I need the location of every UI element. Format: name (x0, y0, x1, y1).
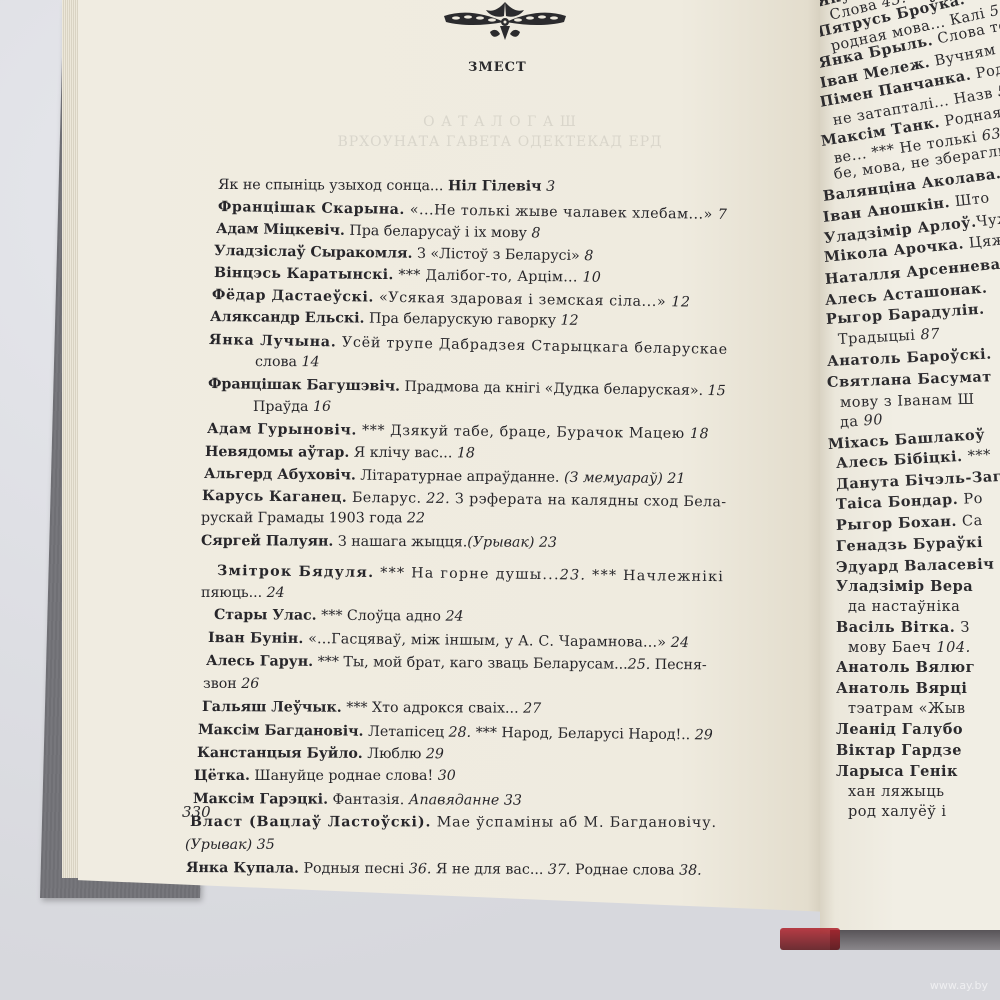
entry-page-number: 8 (584, 248, 593, 264)
toc-entry: Невядомы аўтар. Я клічу вас... 18 (205, 444, 475, 461)
toc-entry: Максім Гарэцкі. Фантазія. Апавяданне 33 (193, 791, 522, 809)
toc-entry: Францішак Скарына. «...Не толькі жыве ча… (218, 199, 728, 223)
table-of-contents: Як не спыніць узыход сонца... Ніл Гілеві… (0, 0, 1000, 1000)
entry-page-number: 26 (241, 676, 259, 692)
entry-author: Янка Купала. (186, 860, 299, 877)
entry-author: Цётка. (194, 768, 250, 784)
entry-title: слова (255, 354, 297, 370)
entry-author: Адам Міцкевіч. (216, 221, 345, 239)
toc-entry: Канстанцыя Буйло. Люблю 29 (197, 745, 444, 762)
entry-title: *** Далібог-то, Арцім... (394, 267, 578, 285)
entry-title: З нашага жыцця. (333, 534, 467, 551)
entry-title: Фантазія. (328, 792, 409, 808)
entry-author: Максім Багдановіч. (198, 722, 364, 740)
entry-title: «Усякая здаровая і земская сіла...» (374, 290, 667, 311)
entry-author: Іван Бунін. (208, 630, 304, 647)
toc-entry: Янка Купала. Родныя песні 36. Я не для в… (186, 860, 702, 879)
entry-page-number: 24 (445, 609, 463, 625)
entry-title: *** На горне душы... (374, 565, 560, 583)
toc-entry: Адам Гурыновіч. *** Дзякуй табе, браце, … (207, 421, 709, 442)
toc-entry: Як не спыніць узыход сонца... Ніл Гілеві… (218, 177, 555, 195)
toc-entry: рускай Грамады 1903 года 22 (201, 510, 425, 526)
entry-title: Як не спыніць узыход сонца... (218, 177, 448, 194)
entry-page-number: 38. (679, 863, 702, 879)
entry-note: (Урывак) (185, 837, 252, 853)
entry-author: Францішак Скарына. (218, 199, 405, 218)
toc-entry: Францішак Багушэвіч. Прадмова да кнігі «… (208, 376, 726, 399)
entry-author: Аляксандр Ельскі. (210, 309, 365, 327)
entry-author: Ніл Гілевіч (448, 178, 542, 194)
toc-entry: Карусь Каганец. Беларус. 22. З рэферата … (202, 488, 727, 510)
toc-entry: Праўда 16 (253, 399, 331, 415)
entry-title: Пра беларускую гаворку (364, 311, 556, 329)
entry-page-number: 14 (301, 354, 319, 370)
entry-page-number: 33 (504, 793, 522, 809)
entry-author: Гальяш Леўчык. (202, 699, 342, 716)
entry-title: рускай Грамады 1903 года (201, 510, 402, 526)
toc-entry: Іван Бунін. «...Гасцяваў, між іншым, у А… (208, 630, 689, 651)
entry-page-number: 23 (539, 535, 557, 551)
entry-page-number: 18 (690, 426, 709, 442)
toc-entry: Гальяш Леўчык. *** Хто адрокся сваіх... … (202, 699, 541, 717)
entry-page-number: 25. (628, 657, 651, 673)
entry-title: пяюць... (201, 585, 262, 601)
entry-author: Альгерд Абуховіч. (204, 466, 356, 484)
entry-title: *** Начлежнікі (586, 568, 724, 586)
entry-page-number: 22. (426, 491, 450, 507)
entry-author: Адам Гурыновіч. (207, 421, 357, 439)
entry-page-number: 37. (548, 862, 571, 878)
entry-page-number: 7 (718, 207, 728, 223)
entry-author: Сяргей Палуян. (201, 533, 333, 550)
entry-author: Стары Улас. (214, 607, 317, 624)
entry-author: Фёдар Дастаеўскі. (212, 287, 374, 306)
entry-page-number: 29 (426, 746, 444, 762)
entry-author: Вінцэсь Каратынскі. (214, 265, 394, 283)
entry-author: Невядомы аўтар. (205, 444, 349, 461)
entry-note: Апавяданне (409, 792, 500, 808)
entry-title: Люблю (363, 746, 422, 762)
entry-title: Беларус. (347, 490, 426, 507)
entry-page-number: 22 (407, 510, 425, 526)
entry-page-number: 36. (409, 861, 432, 877)
entry-title: Я не для вас... (431, 861, 548, 878)
entry-note: (З мемуараў) (564, 470, 663, 487)
entry-title: Роднае слова (570, 862, 674, 879)
entry-page-number: 24 (671, 635, 690, 651)
entry-title: *** Хто адрокся сваіх... (342, 700, 519, 717)
entry-title: *** Народ, Беларусі Народ!.. (471, 725, 690, 743)
entry-page-number: 8 (531, 225, 540, 241)
entry-title: звон (203, 676, 237, 692)
toc-entry: Сяргей Палуян. З нашага жыцця.(Урывак) 2… (201, 533, 557, 551)
entry-author: Карусь Каганец. (202, 488, 347, 506)
toc-entry: Вінцэсь Каратынскі. *** Далібог-то, Арці… (214, 265, 601, 286)
entry-page-number: 10 (582, 270, 601, 286)
entry-page-number: 15 (707, 383, 725, 399)
toc-entry: Фёдар Дастаеўскі. «Усякая здаровая і зем… (212, 287, 691, 311)
toc-entry: Альгерд Абуховіч. Літаратурнае апраўданн… (204, 466, 686, 487)
toc-entry: Уладзіслаў Сыракомля. З «Лістоў з Белару… (214, 243, 594, 264)
toc-entry: слова 14 (255, 354, 320, 370)
entry-author: Власт (Вацлаў Ластоўскі). (190, 814, 431, 830)
entry-page-number: 21 (667, 471, 685, 487)
toc-entry: Максім Багдановіч. Летапісец 28. *** Нар… (198, 722, 713, 743)
entry-title: Мае ўспаміны аб М. Багдановічу. (431, 814, 717, 830)
watermark: www.ay.by (930, 979, 988, 992)
entry-author: Алесь Гарун. (206, 653, 313, 670)
entry-page-number: 28. (448, 725, 471, 741)
entry-title: Я клічу вас... (349, 445, 452, 462)
entry-page-number: 29 (695, 727, 713, 743)
toc-entry: Аляксандр Ельскі. Пра беларускую гаворку… (210, 309, 579, 329)
entry-page-number: 3 (546, 179, 555, 195)
page-number: 330 (182, 803, 211, 821)
entry-page-number: 30 (438, 768, 456, 784)
entry-title: Шануйце роднае слова! (250, 768, 433, 784)
entry-title: Прадмова да кнігі «Дудка беларуская». (400, 379, 703, 399)
entry-title: З «Лістоў з Беларусі» (412, 246, 579, 264)
toc-entry: Власт (Вацлаў Ластоўскі). Мае ўспаміны а… (190, 814, 717, 831)
entry-title: Летапісец (363, 724, 448, 741)
entry-title: Песня- (650, 657, 707, 673)
entry-page-number: 23. (560, 567, 587, 583)
entry-title: «...Не толькі жыве чалавек хлебам...» (405, 202, 713, 223)
entry-author: Уладзіслаў Сыракомля. (214, 243, 413, 262)
entry-author: Максім Гарэцкі. (193, 791, 328, 808)
entry-page-number: 12 (671, 294, 691, 310)
entry-author: Янка Лучына. (209, 332, 337, 350)
entry-page-number: 27 (523, 701, 541, 717)
toc-entry: пяюць... 24 (201, 585, 285, 601)
entry-title: Пра беларусаў і іх мову (345, 223, 527, 242)
toc-entry: Адам Міцкевіч. Пра беларусаў і іх мову 8 (216, 221, 541, 242)
toc-entry: (Урывак) 35 (185, 837, 275, 853)
entry-title: «...Гасцяваў, між іншым, у А. С. Чарамно… (303, 631, 666, 651)
entry-title: З рэферата на калядны сход Бела- (450, 491, 727, 510)
toc-entry: Змітрок Бядуля. *** На горне душы...23. … (217, 563, 724, 585)
entry-page-number: 35 (257, 837, 275, 853)
toc-entry: звон 26 (203, 676, 259, 692)
entry-title: Усёй трупе Дабрадзея Старыцкага беларуск… (336, 334, 728, 358)
entry-title: *** Слоўца адно (317, 608, 441, 625)
entry-author: Змітрок Бядуля. (217, 563, 375, 581)
entry-title: Родныя песні (299, 861, 409, 878)
entry-author: Францішак Багушэвіч. (208, 376, 400, 395)
toc-entry: Стары Улас. *** Слоўца адно 24 (214, 607, 464, 625)
entry-author: Канстанцыя Буйло. (197, 745, 363, 762)
entry-title: Праўда (253, 399, 308, 415)
entry-page-number: 24 (267, 585, 285, 601)
entry-page-number: 16 (313, 399, 331, 415)
entry-title: *** Дзякуй табе, браце, Бурачок Мацею (357, 423, 685, 442)
entry-title: *** Ты, мой брат, каго зваць Беларусам..… (313, 654, 628, 673)
entry-title: Літаратурнае апраўданне. (356, 468, 564, 486)
entry-note: (Урывак) (467, 534, 534, 550)
toc-entry: Цётка. Шануйце роднае слова! 30 (194, 768, 456, 784)
entry-page-number: 18 (457, 445, 475, 461)
entry-page-number: 12 (560, 313, 578, 329)
toc-entry: Алесь Гарун. *** Ты, мой брат, каго звац… (206, 653, 707, 673)
